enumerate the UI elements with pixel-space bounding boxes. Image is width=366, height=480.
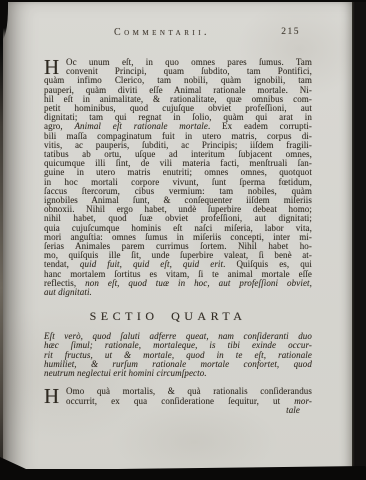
text-block: Commentarii. 215 H Oc unum eſt, in quo o… bbox=[44, 28, 312, 415]
paragraph-2-lines: Omo quà mortalis, & quà rationalis conſi… bbox=[44, 387, 312, 405]
scan-edge-top bbox=[0, 0, 366, 2]
catchword: tale bbox=[286, 405, 300, 415]
section-paragraph-lines: Eſt verò, quod ſaluti adferre queat, nam… bbox=[44, 332, 312, 378]
section-heading: SECTIO QUARTA bbox=[34, 310, 302, 323]
dropcap-initial-2: H bbox=[44, 387, 63, 405]
paragraph-2: H Omo quà mortalis, & quà rationalis con… bbox=[44, 387, 312, 405]
running-header: Commentarii. 215 bbox=[44, 28, 312, 39]
book-page: Commentarii. 215 H Oc unum eſt, in quo o… bbox=[2, 1, 352, 480]
catchword-line: tale bbox=[44, 406, 312, 415]
section-paragraph: Eſt verò, quod ſaluti adferre queat, nam… bbox=[44, 332, 312, 378]
binding-gutter-edge bbox=[0, 0, 3, 480]
page-number: 215 bbox=[281, 28, 300, 37]
scan-bottom-bar bbox=[0, 469, 366, 480]
header-title: Commentarii. bbox=[28, 28, 296, 37]
paragraph-1: H Oc unum eſt, in quo omnes pares ſumus.… bbox=[44, 58, 312, 297]
dropcap-initial-1: H bbox=[44, 58, 63, 76]
scan-edge-right bbox=[352, 0, 366, 480]
paragraph-1-lines: Oc unum eſt, in quo omnes pares ſumus. T… bbox=[44, 58, 312, 297]
book-scan: Commentarii. 215 H Oc unum eſt, in quo o… bbox=[0, 0, 366, 480]
